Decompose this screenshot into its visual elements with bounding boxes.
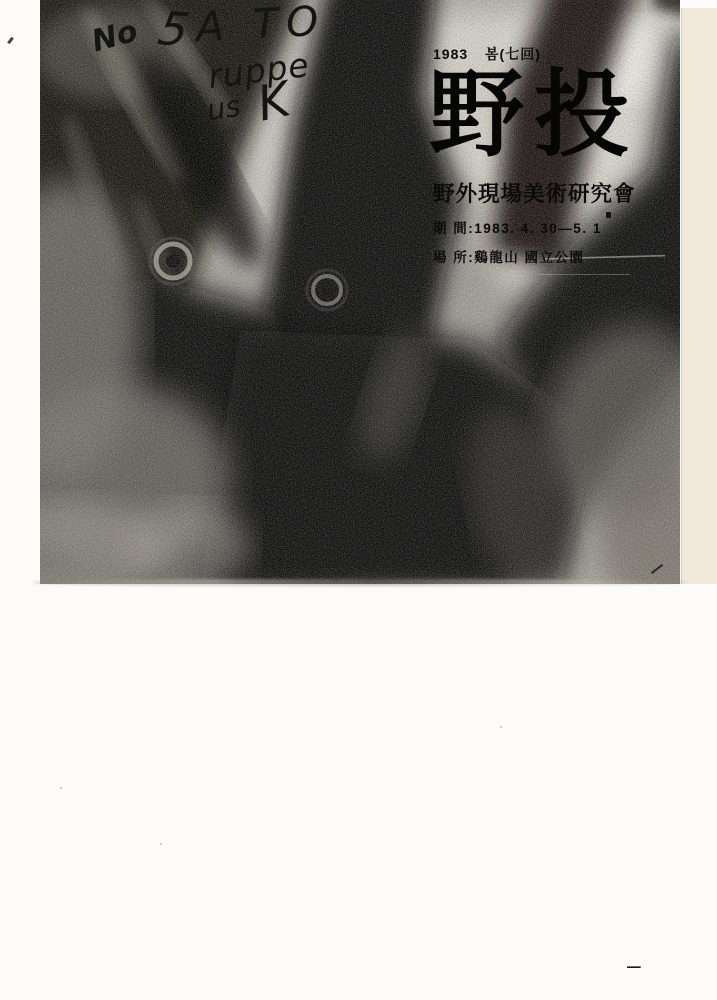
scanned-catalog-cover: { "cover": { "edition_line": "1983 봄(七回)… bbox=[0, 0, 717, 1000]
bottom-dash-marks: —— bbox=[627, 960, 639, 975]
handwritten-word-ato: A TO bbox=[195, 1, 327, 49]
paper-fold-strip bbox=[681, 8, 717, 584]
copier-smudge-line bbox=[32, 579, 687, 586]
association-subtitle: 野外現場美術研究會 bbox=[433, 177, 673, 208]
cover-text-block: 1983 봄(七回) 野投 野外現場美術研究會 期 間:1983. 4. 30—… bbox=[433, 44, 673, 266]
paper-speck bbox=[606, 212, 611, 218]
handwritten-word-us: us bbox=[205, 92, 242, 125]
main-title-calligraphy: 野投 bbox=[429, 68, 673, 163]
period-line: 期 間:1983. 4. 30—5. 1 bbox=[433, 217, 673, 237]
paper-speck bbox=[160, 843, 162, 845]
edition-line: 1983 봄(七回) bbox=[433, 44, 673, 64]
cover-photo-tree-branches: No 5 A TO ruppe us K 1983 봄(七回) 野投 野外現場美… bbox=[40, 0, 680, 584]
paper-speck bbox=[60, 787, 62, 789]
paper-speck bbox=[500, 726, 502, 728]
location-line: 場 所:鷄龍山 國立公園 bbox=[433, 246, 673, 266]
paper-speck bbox=[7, 37, 14, 44]
